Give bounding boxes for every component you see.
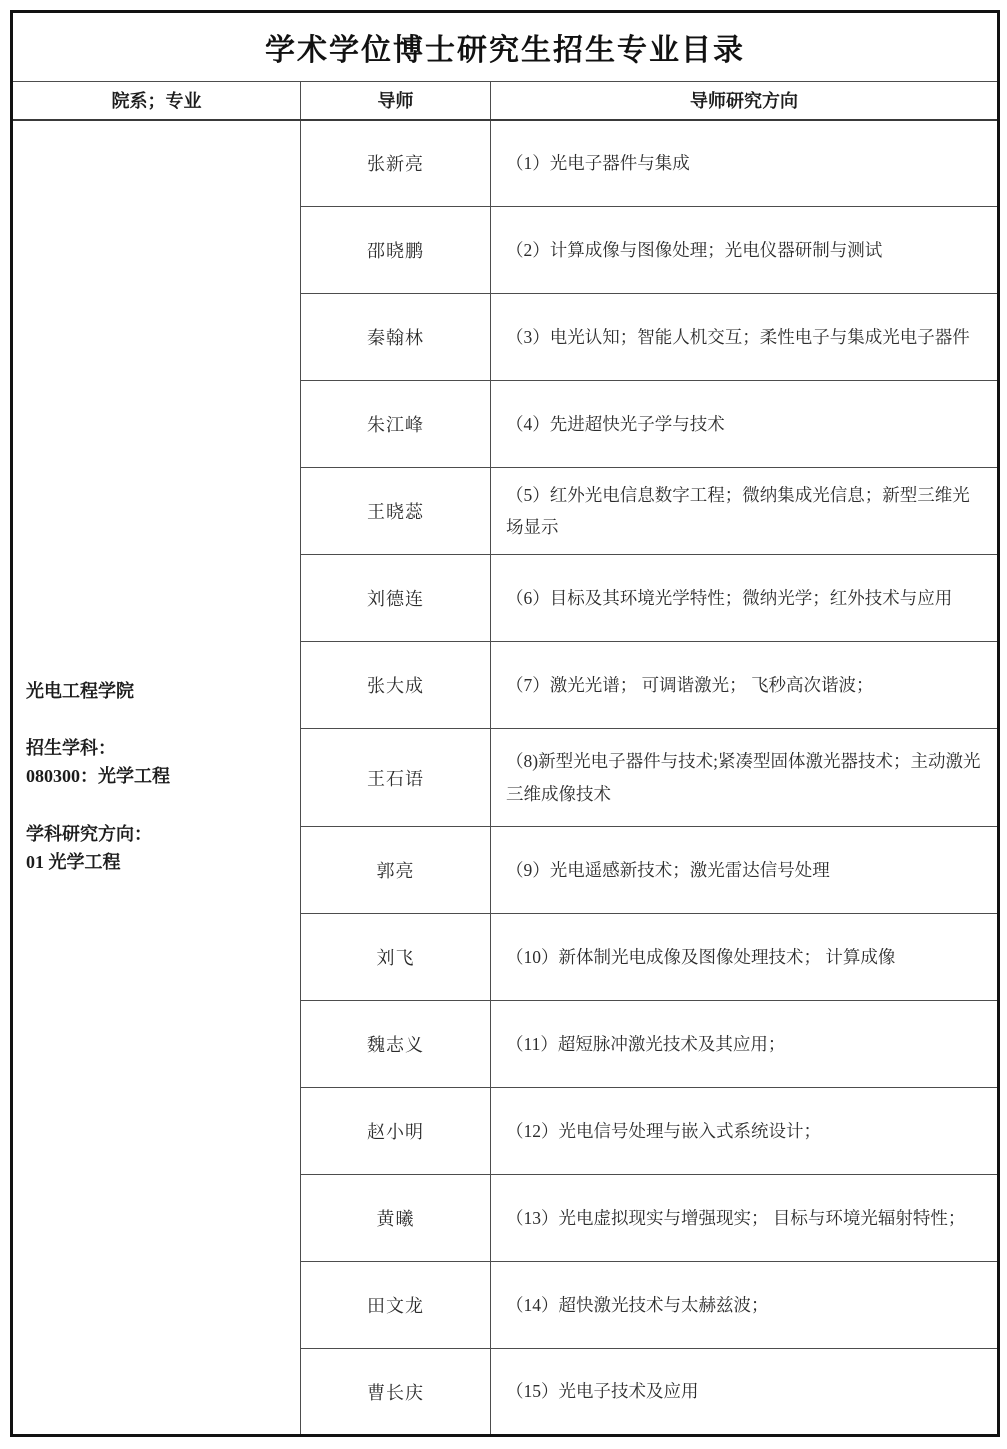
advisor-name: 张新亮 [301,120,491,207]
advisor-name: 刘德连 [301,555,491,642]
advisor-name: 张大成 [301,642,491,729]
header-direction: 导师研究方向 [491,82,999,120]
admission-discipline-code: 080300：光学工程 [26,763,290,791]
admission-discipline: 招生学科： 080300：光学工程 [26,735,290,791]
advisor-name: 刘飞 [301,914,491,1001]
admission-catalog-table: 学术学位博士研究生招生专业目录 院系；专业 导师 导师研究方向 光电工程学院 招… [10,10,1000,1437]
advisor-name: 赵小明 [301,1088,491,1175]
research-direction: （5）红外光电信息数字工程；微纳集成光信息；新型三维光场显示 [491,468,999,555]
advisor-name: 黄曦 [301,1175,491,1262]
college-name: 光电工程学院 [26,678,290,706]
research-direction: （12）光电信号处理与嵌入式系统设计； [491,1088,999,1175]
admission-discipline-label: 招生学科： [26,735,290,763]
advisor-name: 秦翰林 [301,294,491,381]
advisor-name: 朱江峰 [301,381,491,468]
advisor-name: 田文龙 [301,1262,491,1349]
research-direction: （15）光电子技术及应用 [491,1349,999,1436]
document-page: 学术学位博士研究生招生专业目录 院系；专业 导师 导师研究方向 光电工程学院 招… [0,0,1007,1449]
advisor-name: 王石语 [301,729,491,827]
advisor-name: 王晓蕊 [301,468,491,555]
research-direction: （10）新体制光电成像及图像处理技术； 计算成像 [491,914,999,1001]
advisor-name: 郭亮 [301,827,491,914]
research-direction: （13）光电虚拟现实与增强现实； 目标与环境光辐射特性； [491,1175,999,1262]
research-direction: （1）光电子器件与集成 [491,120,999,207]
discipline-research-direction: 学科研究方向： 01 光学工程 [26,821,290,877]
table-header-row: 院系；专业 导师 导师研究方向 [12,82,999,120]
department-cell: 光电工程学院 招生学科： 080300：光学工程 学科研究方向： 01 光学工程 [12,120,301,1436]
discipline-direction-label: 学科研究方向： [26,821,290,849]
research-direction: （2）计算成像与图像处理；光电仪器研制与测试 [491,207,999,294]
table-row: 光电工程学院 招生学科： 080300：光学工程 学科研究方向： 01 光学工程… [12,120,999,207]
research-direction: （7）激光光谱； 可调谐激光； 飞秒高次谐波； [491,642,999,729]
research-direction: （11）超短脉冲激光技术及其应用； [491,1001,999,1088]
advisor-name: 曹长庆 [301,1349,491,1436]
research-direction: （4）先进超快光子学与技术 [491,381,999,468]
page-title: 学术学位博士研究生招生专业目录 [12,12,999,82]
research-direction: （9）光电遥感新技术；激光雷达信号处理 [491,827,999,914]
research-direction: （6）目标及其环境光学特性；微纳光学；红外技术与应用 [491,555,999,642]
title-row: 学术学位博士研究生招生专业目录 [12,12,999,82]
research-direction: （3）电光认知；智能人机交互；柔性电子与集成光电子器件 [491,294,999,381]
advisor-name: 魏志义 [301,1001,491,1088]
advisor-name: 邵晓鹏 [301,207,491,294]
header-advisor: 导师 [301,82,491,120]
research-direction: （14）超快激光技术与太赫兹波； [491,1262,999,1349]
discipline-direction-value: 01 光学工程 [26,849,290,877]
header-department: 院系；专业 [12,82,301,120]
research-direction: （8)新型光电子器件与技术;紧凑型固体激光器技术；主动激光三维成像技术 [491,729,999,827]
